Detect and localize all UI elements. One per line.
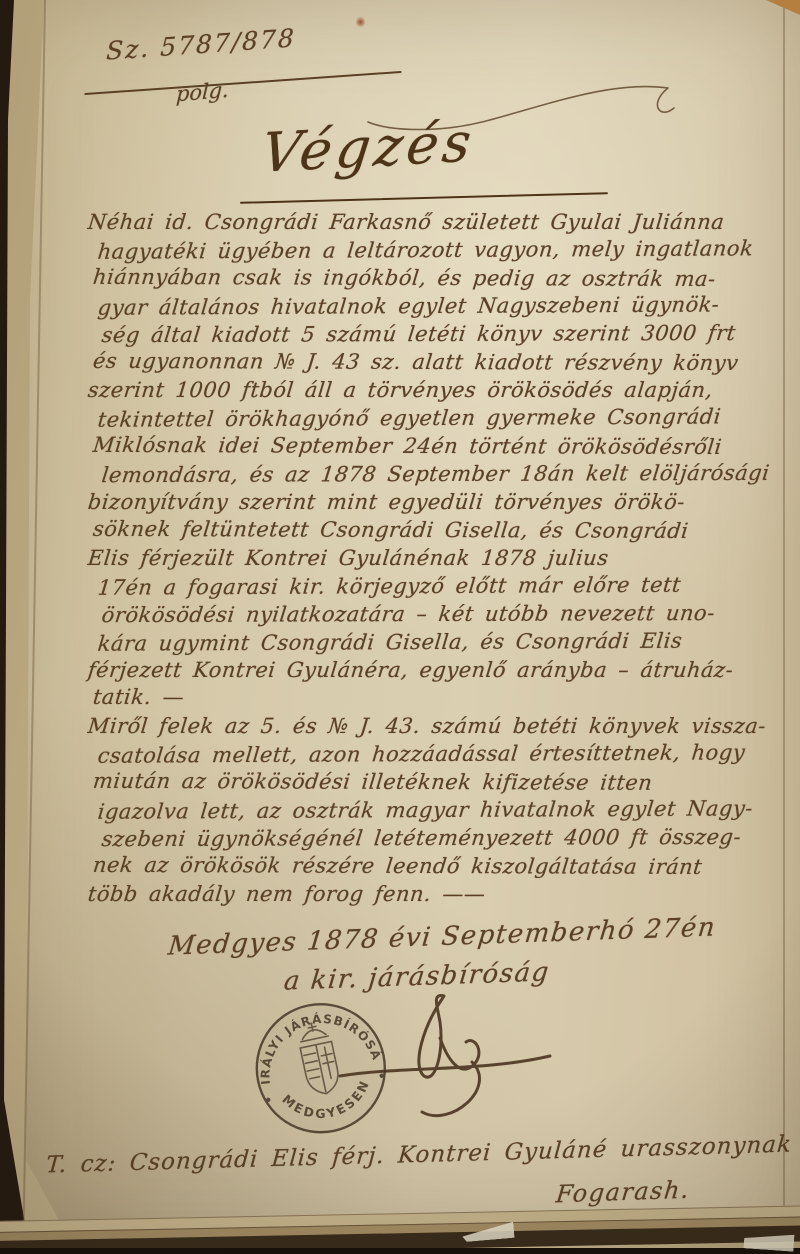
handwritten-line: Elis férjezült Kontrei Gyulánénak 1878 j… (87, 544, 780, 572)
handwritten-line: tatik. — (92, 683, 785, 713)
document-title: Végzés (258, 110, 478, 185)
address-line-2: Fogarash. (555, 1176, 692, 1209)
photo-bottom-border (0, 1248, 800, 1254)
handwritten-line: söknek feltüntetett Csongrádi Gisella, é… (92, 515, 785, 545)
ink-stain (356, 16, 365, 28)
handwritten-line: hagyatéki ügyében a leltározott vagyon, … (96, 234, 789, 266)
handwritten-line: bizonyítvány szerint mint egyedüli törvé… (87, 488, 780, 516)
handwritten-line: hiánnyában csak is ingókból, és pedig az… (92, 263, 785, 293)
handwritten-line: több akadály nem forog fenn. —— (87, 880, 780, 908)
handwritten-line: 17én a fogarasi kir. körjegyző előtt már… (96, 570, 789, 602)
handwritten-line: ség által kiadott 5 számú letéti könyv s… (100, 319, 794, 349)
handwritten-line: csatolása mellett, azon hozzáadással ért… (96, 738, 789, 770)
handwritten-line: gyar általános hivatalnok egylet Nagysze… (96, 290, 789, 322)
handwritten-line: Miről felek az 5. és № J. 43. számú beté… (87, 712, 780, 740)
handwritten-line: szerint 1000 ftból áll a törvényes örökö… (87, 376, 780, 404)
body-paragraph-2: Miről felek az 5. és № J. 43. számú beté… (88, 712, 778, 908)
handwritten-line: lemondásra, és az 1878 September 18án ke… (100, 459, 794, 489)
handwritten-line: igazolva lett, az osztrák magyar hivatal… (96, 794, 789, 826)
handwritten-line: kára ugymint Csongrádi Gisella, és Csong… (96, 626, 789, 658)
body-paragraph-1: Néhai id. Csongrádi Farkasnő született G… (88, 208, 778, 712)
reference-suffix: polg. (175, 78, 229, 107)
handwritten-line: férjezett Kontrei Gyulánéra, egyenlő ará… (87, 656, 780, 684)
handwritten-line: szebeni ügynökségénél letéteményezett 40… (100, 823, 794, 853)
handwritten-line: örökösödési nyilatkozatára – két utóbb n… (100, 599, 794, 629)
handwritten-line: Néhai id. Csongrádi Farkasnő született G… (87, 208, 780, 236)
signature (322, 980, 582, 1140)
handwritten-line: és ugyanonnan № J. 43 sz. alatt kiadott … (92, 347, 785, 377)
handwritten-line: miután az örökösödési illetéknek kifizet… (92, 767, 785, 797)
handwritten-line: Miklósnak idei September 24én történt ör… (92, 431, 785, 461)
handwritten-line: nek az örökösök részére leendő kiszolgál… (92, 851, 785, 881)
handwritten-line: tekintettel örökhagyónő egyetlen gyermek… (96, 402, 789, 434)
photo: Sz. 5787/878 polg. Végzés Néhai id. Cson… (0, 0, 800, 1254)
